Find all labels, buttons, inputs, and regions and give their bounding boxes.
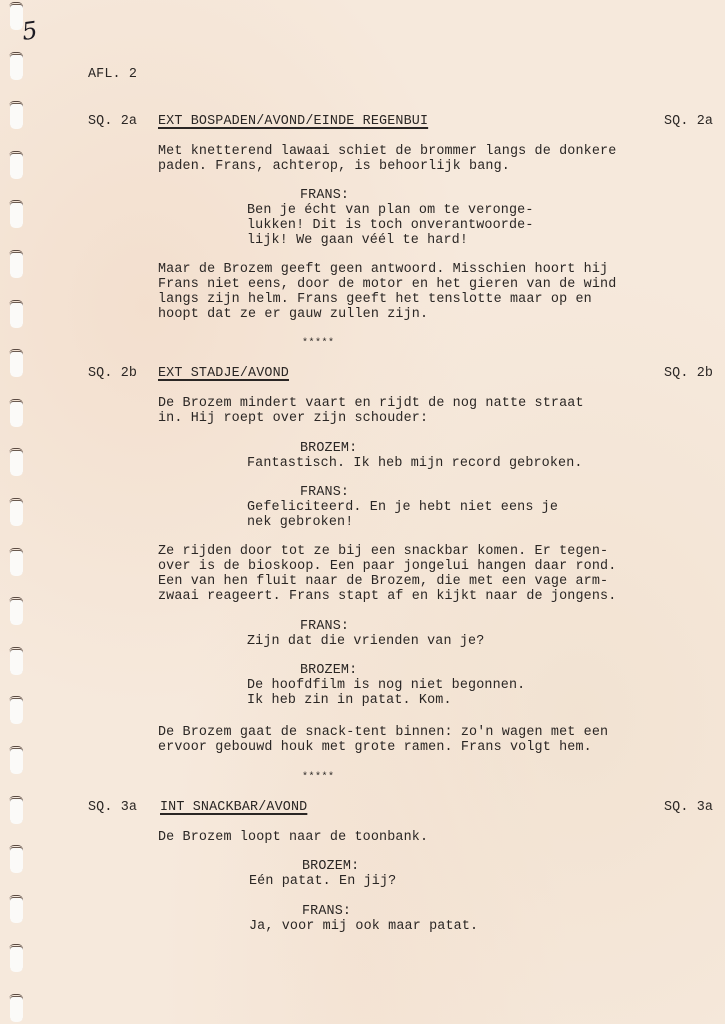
binder-hole: [10, 500, 23, 526]
binder-hole: [10, 649, 23, 675]
action-line: Frans niet eens, door de motor en het gi…: [158, 277, 616, 292]
action-line: langs zijn helm. Frans geeft het tenslot…: [158, 292, 592, 307]
binder-hole: [10, 847, 23, 873]
dialogue-line: Gefeliciteerd. En je hebt niet eens je: [247, 500, 558, 515]
action-line: paden. Frans, achterop, is behoorlijk ba…: [158, 159, 510, 174]
character-name: FRANS:: [300, 188, 349, 203]
dialogue-line: De hoofdfilm is nog niet begonnen.: [247, 678, 525, 693]
character-name: BROZEM:: [300, 441, 357, 456]
scene-separator: *****: [302, 770, 335, 785]
scene-id-right: SQ. 2b: [664, 366, 713, 381]
dialogue-line: nek gebroken!: [247, 515, 353, 530]
dialogue-line: lijk! We gaan véél te hard!: [247, 233, 468, 248]
binder-hole: [10, 450, 23, 476]
scene-id-right: SQ. 2a: [664, 114, 713, 129]
scene-id-left: SQ. 2a: [88, 114, 137, 129]
dialogue-line: Ik heb zin in patat. Kom.: [247, 693, 452, 708]
dialogue-line: lukken! Dit is toch onverantwoorde-: [247, 218, 534, 233]
binder-hole: [10, 996, 23, 1022]
dialogue-line: Eén patat. En jij?: [249, 874, 396, 889]
binder-hole: [10, 897, 23, 923]
binder-hole: [10, 351, 23, 377]
action-line: Ze rijden door tot ze bij een snackbar k…: [158, 544, 608, 559]
character-name: FRANS:: [300, 485, 349, 500]
binder-hole: [10, 748, 23, 774]
scene-id-right: SQ. 3a: [664, 800, 713, 815]
scene-separator: *****: [302, 336, 335, 351]
character-name: FRANS:: [300, 619, 349, 634]
binder-hole: [10, 946, 23, 972]
script-page: 5 AFL. 2 SQ. 2a EXT BOSPADEN/AVOND/EINDE…: [0, 0, 725, 1024]
character-name: BROZEM:: [300, 663, 357, 678]
dialogue-line: Zijn dat die vrienden van je?: [247, 634, 484, 649]
binder-hole: [10, 698, 23, 724]
dialogue-line: Fantastisch. Ik heb mijn record gebroken…: [247, 456, 583, 471]
action-line: De Brozem loopt naar de toonbank.: [158, 830, 428, 845]
binder-hole: [10, 550, 23, 576]
action-line: Een van hen fluit naar de Brozem, die me…: [158, 574, 608, 589]
binder-hole: [10, 302, 23, 328]
action-line: over is de bioskoop. Een paar jongelui h…: [158, 559, 616, 574]
dialogue-line: Ja, voor mij ook maar patat.: [249, 919, 478, 934]
action-line: in. Hij roept over zijn schouder:: [158, 411, 428, 426]
scene-heading: INT SNACKBAR/AVOND: [160, 800, 307, 815]
binder-hole: [10, 202, 23, 228]
action-line: Maar de Brozem geeft geen antwoord. Miss…: [158, 262, 608, 277]
binder-hole: [10, 401, 23, 427]
scene-heading: EXT BOSPADEN/AVOND/EINDE REGENBUI: [158, 114, 428, 129]
binder-hole: [10, 103, 23, 129]
character-name: FRANS:: [302, 904, 351, 919]
character-name: BROZEM:: [302, 859, 359, 874]
action-line: De Brozem mindert vaart en rijdt de nog …: [158, 396, 584, 411]
scene-id-left: SQ. 2b: [88, 366, 137, 381]
binder-hole: [10, 54, 23, 80]
binder-hole: [10, 599, 23, 625]
binder-hole: [10, 153, 23, 179]
binder-holes: [0, 0, 40, 1024]
action-line: ervoor gebouwd houk met grote ramen. Fra…: [158, 740, 592, 755]
action-line: Met knetterend lawaai schiet de brommer …: [158, 144, 616, 159]
dialogue-line: Ben je écht van plan om te veronge-: [247, 203, 534, 218]
action-line: De Brozem gaat de snack-tent binnen: zo'…: [158, 725, 608, 740]
scene-heading: EXT STADJE/AVOND: [158, 366, 289, 381]
scene-id-left: SQ. 3a: [88, 800, 137, 815]
binder-hole: [10, 252, 23, 278]
action-line: hoopt dat ze er gauw zullen zijn.: [158, 307, 428, 322]
binder-hole: [10, 798, 23, 824]
action-line: zwaai reageert. Frans stapt af en kijkt …: [158, 589, 616, 604]
episode-label: AFL. 2: [88, 67, 137, 82]
